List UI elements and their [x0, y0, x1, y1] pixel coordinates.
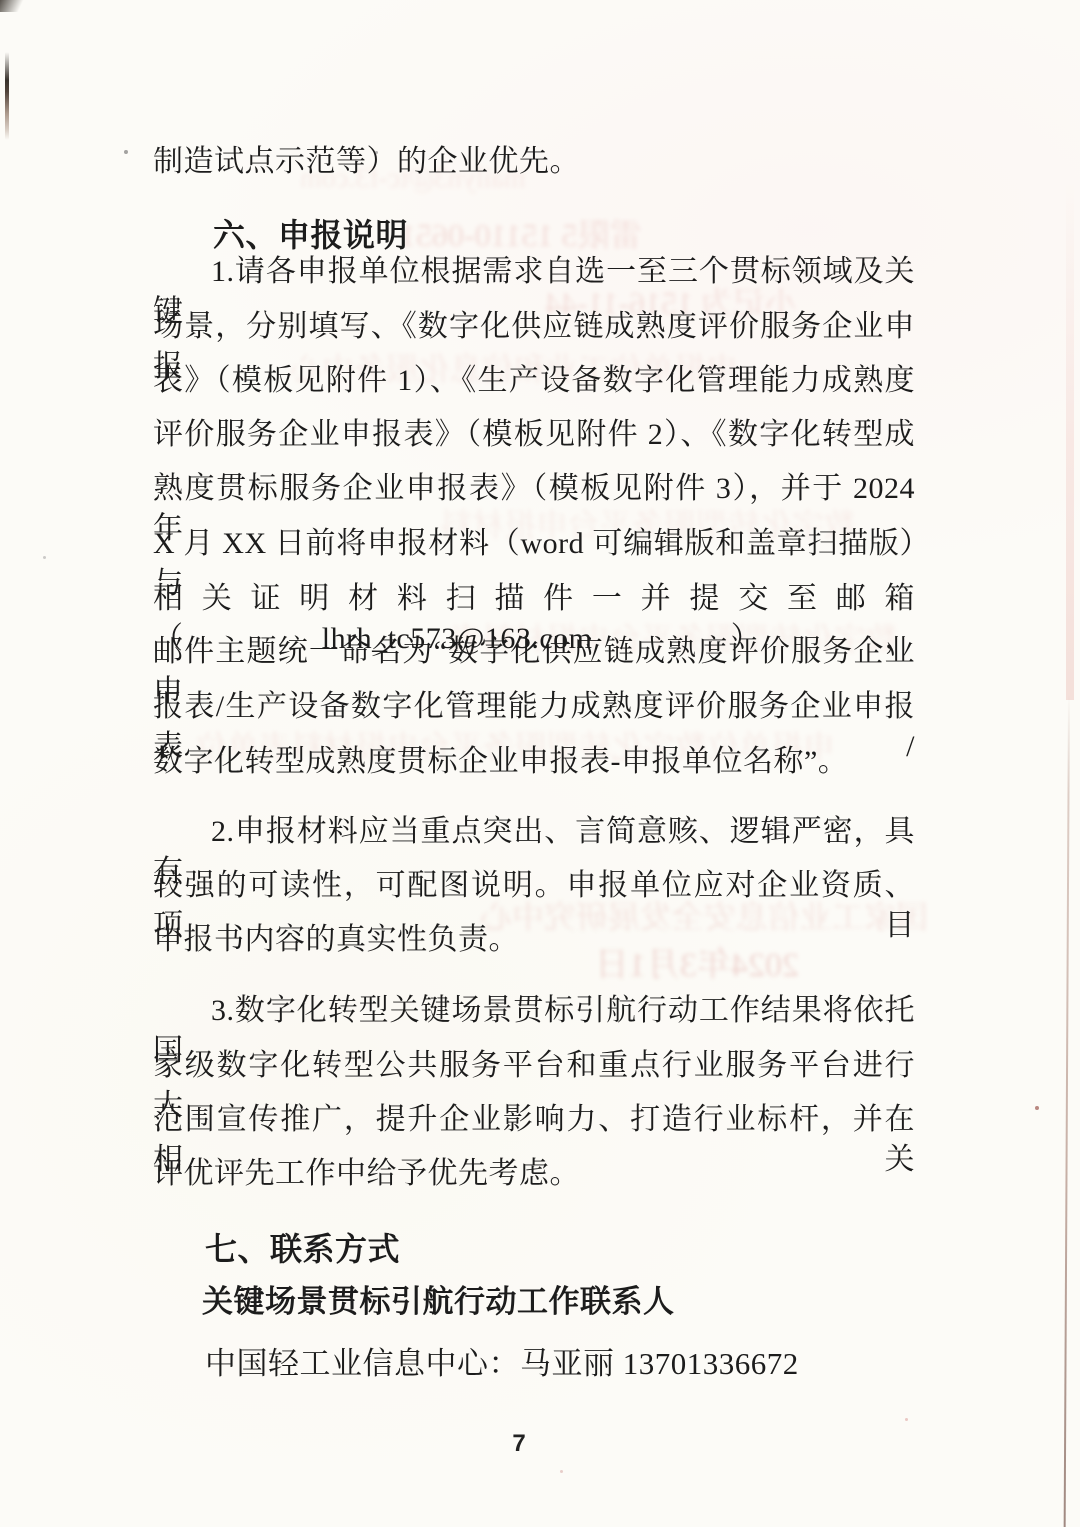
scanned-document-page: mailyn3@tc-f3.com 雷限5 15110-0651 小记为 151…: [0, 0, 1080, 1527]
paragraph-line: 评价服务企业申报表》（模板见附件 2）、《数字化转型成: [153, 415, 915, 455]
page-number: 7: [497, 1430, 541, 1458]
scan-speckle: [905, 1418, 908, 1421]
scan-speckle: [1035, 1106, 1039, 1110]
scan-edge-pen-mark: [5, 52, 9, 140]
scan-speckle: [43, 556, 46, 559]
paragraph-line: 制造试点示范等）的企业优先。: [153, 142, 915, 182]
scan-right-edge-line: [1064, 695, 1070, 1527]
scan-corner-shade: [0, 0, 26, 12]
contact-info-line: 中国轻工业信息中心：马亚丽 13701336672: [153, 1344, 915, 1384]
section-heading-6: 六、申报说明: [153, 215, 915, 255]
paragraph-line: 数字化转型成熟度贯标企业申报表-申报单位名称”。: [153, 742, 915, 782]
scan-right-edge-tint: [1066, 180, 1074, 700]
paragraph-line: 申报书内容的真实性负责。: [153, 920, 915, 960]
contact-subject-line: 关键场景贯标引航行动工作联系人: [153, 1282, 915, 1322]
scan-speckle: [124, 150, 128, 154]
section-heading-7: 七、联系方式: [153, 1229, 915, 1269]
paragraph-line: 评优评先工作中给予优先考虑。: [153, 1154, 915, 1194]
scan-speckle: [560, 1470, 563, 1473]
paragraph-line: 表》（模板见附件 1）、《生产设备数字化管理能力成熟度: [153, 361, 915, 401]
